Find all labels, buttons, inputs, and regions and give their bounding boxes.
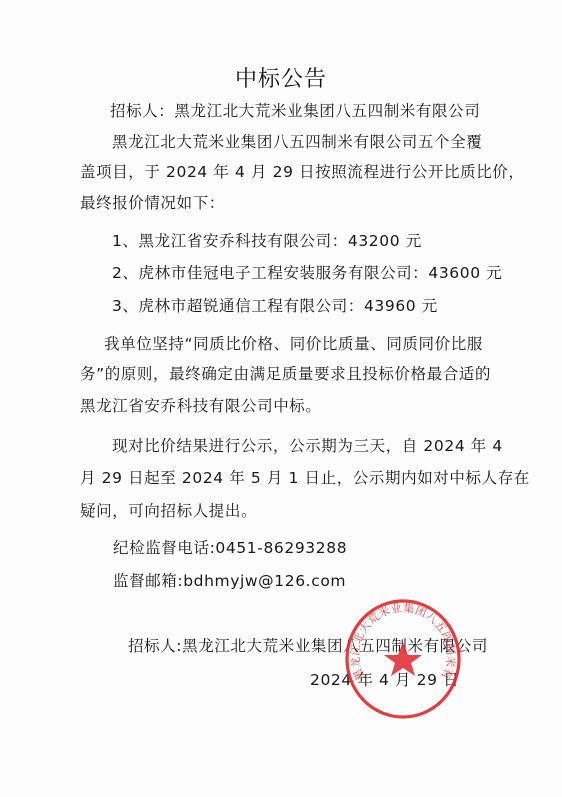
- intro-line-1: 黑龙江北大荒米业集团八五四制米有限公司五个全覆: [112, 132, 482, 152]
- supervision-phone: 纪检监督电话:0451-86293288: [113, 538, 347, 558]
- bid-item-2: 2、虎林市佳冠电子工程安装服务有限公司：43600 元: [112, 263, 502, 283]
- official-seal-stamp: 黑龙江北大荒米业集团八五四制米有限公司: [343, 598, 463, 720]
- supervision-email: 监督邮箱:bdhmyjw@126.com: [113, 571, 346, 591]
- document-page: 中标公告 招标人：黑龙江北大荒米业集团八五四制米有限公司 黑龙江北大荒米业集团八…: [0, 0, 562, 797]
- principle-line-1: 我单位坚持“同质比价格、同价比质量、同质同价比服: [104, 334, 483, 354]
- principle-line-2: 务”的原则，最终确定由满足质量要求且投标价格最合适的: [80, 364, 491, 384]
- intro-line-2: 盖项目，于 2024 年 4 月 29 日按照流程进行公开比质比价，: [80, 162, 525, 182]
- publicity-line-1: 现对比价结果进行公示，公示期为三天，自 2024 年 4: [112, 436, 503, 456]
- bid-item-1: 1、黑龙江省安乔科技有限公司：43200 元: [112, 231, 422, 251]
- bid-item-3: 3、虎林市超锐通信工程有限公司：43960 元: [112, 296, 438, 316]
- principle-line-3: 黑龙江省安乔科技有限公司中标。: [80, 396, 322, 416]
- publicity-line-2: 月 29 日起至 2024 年 5 月 1 日止，公示期内如对中标人存在: [80, 468, 530, 488]
- intro-line-3: 最终报价情况如下：: [80, 193, 225, 213]
- publicity-line-3: 疑问，可向招标人提出。: [80, 501, 257, 521]
- tenderer-header: 招标人：黑龙江北大荒米业集团八五四制米有限公司: [110, 101, 480, 121]
- document-title: 中标公告: [0, 62, 562, 93]
